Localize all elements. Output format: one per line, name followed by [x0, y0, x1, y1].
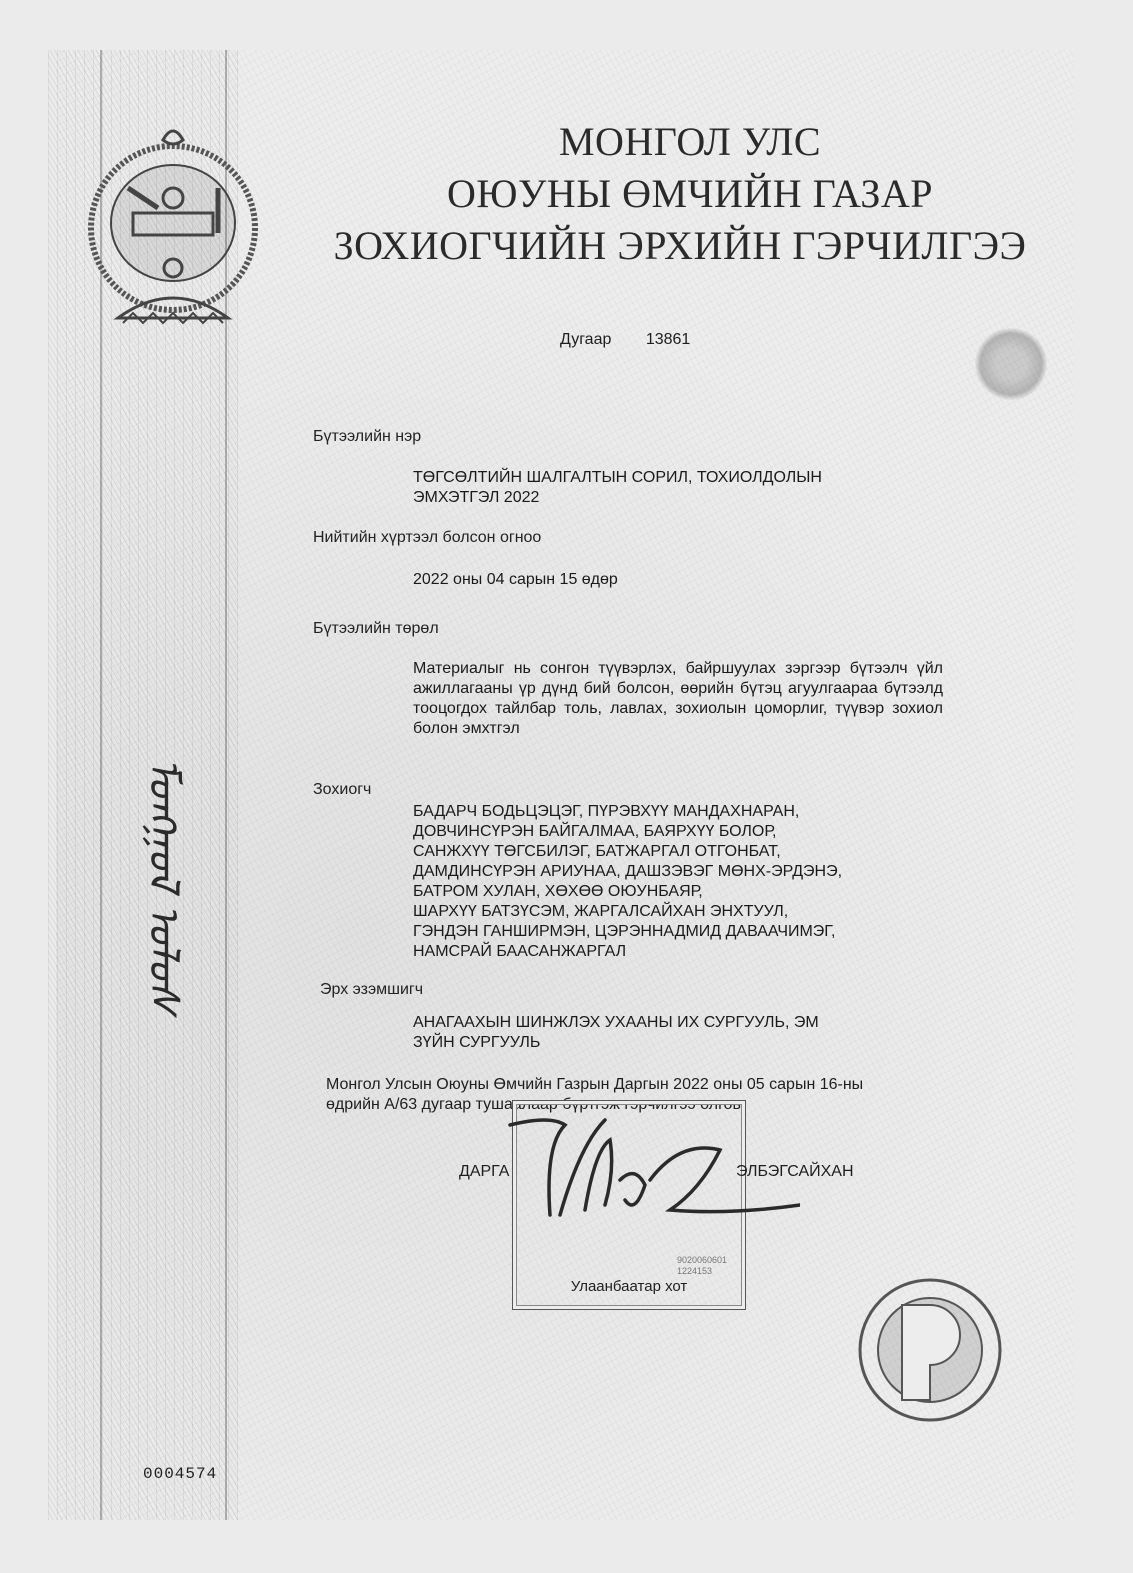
round-seal-icon [975, 328, 1047, 400]
author-line: ДАМДИНСҮРЭН АРИУНАА, ДАШЗЭВЭГ МӨНХ-ЭРДЭН… [413, 862, 973, 882]
author-line: НАМСРАЙ БААСАНЖАРГАЛ [413, 942, 973, 962]
agency-title: ОЮУНЫ ӨМЧИЙН ГАЗАР [300, 170, 1080, 217]
authors-list: БАДАРЧ БОДЬЦЭЦЭГ, ПҮРЭВХҮҮ МАНДАХНАРАН, … [413, 802, 973, 962]
number-value: 13861 [646, 331, 691, 348]
author-line: БАТРОМ ХУЛАН, ХӨХӨӨ ОЮУНБАЯР, [413, 882, 973, 902]
vertical-mongolian-script: ᠮᠣᠩᠭᠣᠯ ᠤᠯᠤᠰ [128, 395, 218, 1375]
author-line: САНЖХҮҮ ТӨГСБИЛЭГ, БАТЖАРГАЛ ОТГОНБАТ, [413, 842, 973, 862]
ip-office-logo-icon [855, 1275, 1005, 1425]
work-type-label: Бүтээлийн төрөл [313, 620, 439, 638]
author-line: БАДАРЧ БОДЬЦЭЦЭГ, ПҮРЭВХҮҮ МАНДАХНАРАН, [413, 802, 973, 822]
publication-date-value: 2022 оны 04 сарын 15 өдөр [413, 570, 618, 590]
country-title: МОНГОЛ УЛС [300, 118, 1080, 165]
author-line: ГЭНДЭН ГАНШИРМЭН, ЦЭРЭННАДМИД ДАВААЧИМЭГ… [413, 922, 973, 942]
publication-date-label: Нийтийн хүртээл болсон огноо [313, 529, 541, 547]
serial-number: 0004574 [143, 1465, 217, 1483]
work-type-value: Материалыг нь сонгон түүвэрлэх, байршуул… [413, 659, 943, 739]
rights-holder-label: Эрх эзэмшигч [320, 981, 423, 999]
signature-icon [500, 1110, 800, 1260]
certificate-title: ЗОХИОГЧИЙН ЭРХИЙН ГЭРЧИЛГЭЭ [290, 222, 1070, 269]
work-name-label: Бүтээлийн нэр [313, 428, 421, 446]
certificate-number: Дугаар 13861 [560, 331, 690, 349]
stamp-city: Улаанбаатар хот [513, 1278, 745, 1295]
author-line: ДОВЧИНСҮРЭН БАЙГАЛМАА, БАЯРХҮҮ БОЛОР, [413, 822, 973, 842]
state-emblem-icon [78, 118, 268, 333]
authors-label: Зохиогч [313, 781, 371, 799]
number-label: Дугаар [560, 331, 611, 348]
author-line: ШАРХҮҮ БАТЗҮСЭМ, ЖАРГАЛСАЙХАН ЭНХТУУЛ, [413, 902, 973, 922]
work-name-value: ТӨГСӨЛТИЙН ШАЛГАЛТЫН СОРИЛ, ТОХИОЛДОЛЫН … [413, 468, 822, 508]
rights-holder-value: АНАГААХЫН ШИНЖЛЭХ УХААНЫ ИХ СУРГУУЛЬ, ЭМ… [413, 1013, 819, 1053]
